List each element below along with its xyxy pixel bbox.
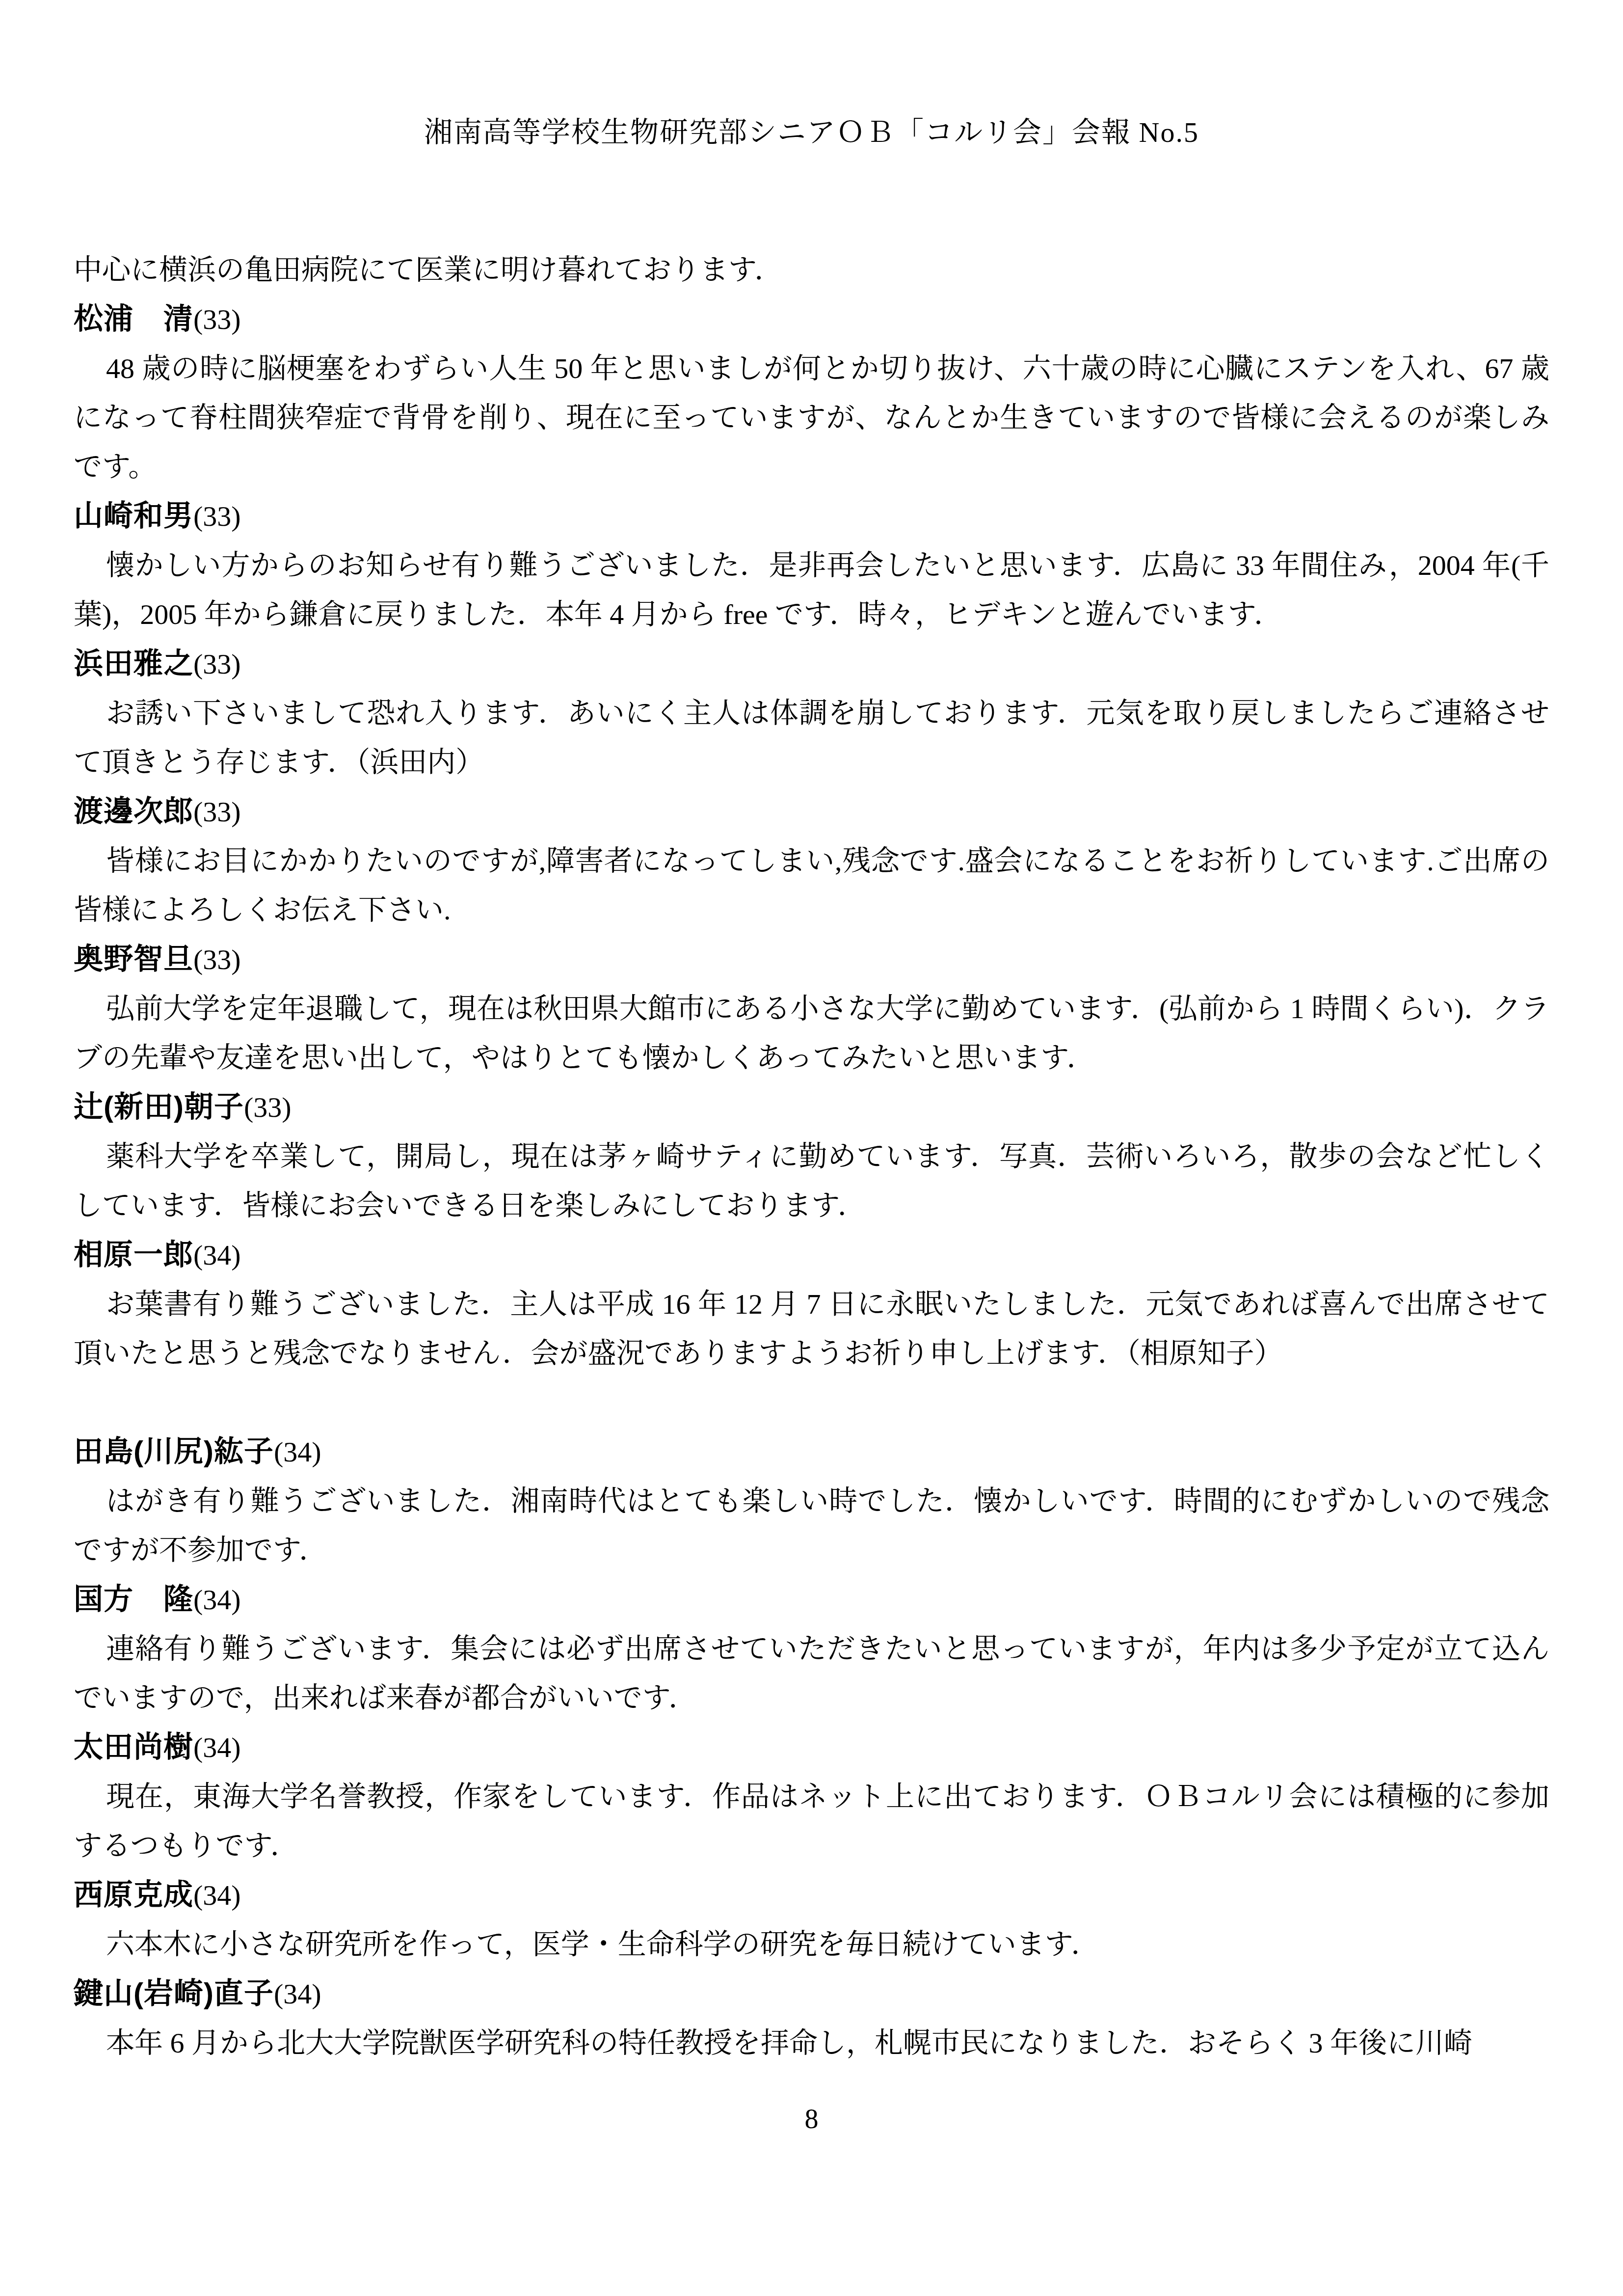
member-name: 国方 隆(34) bbox=[74, 1575, 1549, 1624]
member-name-text: 鍵山(岩崎)直子 bbox=[74, 1977, 274, 2010]
member-message: 薬科大学を卒業して，開局し，現在は茅ヶ崎サティに勤めています．写真．芸術いろいろ… bbox=[74, 1132, 1549, 1230]
member-message: 懐かしい方からのお知らせ有り難うございました．是非再会したいと思います．広島に … bbox=[74, 541, 1549, 639]
member-message: お誘い下さいまして恐れ入ります．あいにく主人は体調を崩しております．元気を取り戻… bbox=[74, 689, 1549, 787]
member-name: 松浦 清(33) bbox=[74, 295, 1549, 344]
member-entry: 松浦 清(33) 48 歳の時に脳梗塞をわずらい人生 50 年と思いましが何とか… bbox=[74, 295, 1549, 491]
member-age: (34) bbox=[193, 1239, 241, 1271]
member-message: お葉書有り難うございました．主人は平成 16 年 12 月 7 日に永眠いたしま… bbox=[74, 1280, 1549, 1378]
member-age: (33) bbox=[193, 944, 241, 975]
member-message: 48 歳の時に脳梗塞をわずらい人生 50 年と思いましが何とか切り抜け、六十歳の… bbox=[74, 344, 1549, 491]
member-name: 奥野智旦(33) bbox=[74, 935, 1549, 984]
member-name: 相原一郎(34) bbox=[74, 1230, 1549, 1280]
newsletter-page: 湘南高等学校生物研究部シニアＯＢ「コルリ会」会報 No.5 中心に横浜の亀田病院… bbox=[0, 0, 1623, 2296]
member-entries-list: 松浦 清(33) 48 歳の時に脳梗塞をわずらい人生 50 年と思いましが何とか… bbox=[74, 295, 1549, 2068]
member-name-text: 浜田雅之 bbox=[74, 647, 193, 680]
member-message: 連絡有り難うございます．集会には必ず出席させていただきたいと思っていますが，年内… bbox=[74, 1624, 1549, 1723]
member-name-text: 西原克成 bbox=[74, 1878, 193, 1911]
member-name: 田島(川尻)紘子(34) bbox=[74, 1427, 1549, 1477]
member-entry: 相原一郎(34) お葉書有り難うございました．主人は平成 16 年 12 月 7… bbox=[74, 1230, 1549, 1378]
member-message: はがき有り難うございました．湘南時代はとても楽しい時でした．懐かしいです．時間的… bbox=[74, 1477, 1549, 1575]
member-entry: 西原克成(34) 六本木に小さな研究所を作って，医学・生命科学の研究を毎日続けて… bbox=[74, 1870, 1549, 1969]
member-name: 渡邊次郎(33) bbox=[74, 787, 1549, 837]
member-age: (33) bbox=[193, 648, 241, 680]
member-age: (34) bbox=[274, 1436, 321, 1468]
member-name-text: 太田尚樹 bbox=[74, 1730, 193, 1763]
member-name-text: 山崎和男 bbox=[74, 499, 193, 532]
member-name-text: 相原一郎 bbox=[74, 1238, 193, 1271]
member-age: (33) bbox=[193, 500, 241, 532]
member-entry: 国方 隆(34) 連絡有り難うございます．集会には必ず出席させていただきたいと思… bbox=[74, 1575, 1549, 1723]
intro-continuation-line: 中心に横浜の亀田病院にて医業に明け暮れております． bbox=[74, 245, 1549, 295]
member-age: (33) bbox=[193, 303, 241, 335]
member-name-text: 奥野智旦 bbox=[74, 943, 193, 975]
member-message: 本年 6 月から北大大学院獣医学研究科の特任教授を拝命し，札幌市民になりました．… bbox=[74, 2019, 1549, 2068]
member-message: 六本木に小さな研究所を作って，医学・生命科学の研究を毎日続けています． bbox=[74, 1920, 1549, 1969]
member-age: (34) bbox=[193, 1731, 241, 1763]
member-name-text: 松浦 清 bbox=[74, 302, 193, 335]
member-entry: 奥野智旦(33) 弘前大学を定年退職して，現在は秋田県大館市にある小さな大学に勤… bbox=[74, 935, 1549, 1082]
member-entry: 辻(新田)朝子(33) 薬科大学を卒業して，開局し，現在は茅ヶ崎サティに勤めてい… bbox=[74, 1082, 1549, 1230]
member-age: (34) bbox=[274, 1978, 321, 2010]
member-name: 山崎和男(33) bbox=[74, 491, 1549, 541]
page-title: 湘南高等学校生物研究部シニアＯＢ「コルリ会」会報 No.5 bbox=[74, 110, 1549, 155]
member-entry: 渡邊次郎(33) 皆様にお目にかかりたいのですが,障害者になってしまい,残念です… bbox=[74, 787, 1549, 935]
member-message: 皆様にお目にかかりたいのですが,障害者になってしまい,残念です.盛会になることを… bbox=[74, 837, 1549, 935]
member-name: 西原克成(34) bbox=[74, 1870, 1549, 1920]
member-name: 辻(新田)朝子(33) bbox=[74, 1082, 1549, 1132]
member-name-text: 田島(川尻)紘子 bbox=[74, 1435, 274, 1468]
member-age: (33) bbox=[244, 1091, 292, 1123]
member-entry: 鍵山(岩崎)直子(34) 本年 6 月から北大大学院獣医学研究科の特任教授を拝命… bbox=[74, 1969, 1549, 2068]
member-message: 現在，東海大学名誉教授，作家をしています．作品はネット上に出ております．ＯＢコル… bbox=[74, 1772, 1549, 1870]
member-age: (33) bbox=[193, 796, 241, 828]
member-age: (34) bbox=[193, 1879, 241, 1911]
member-name: 浜田雅之(33) bbox=[74, 639, 1549, 689]
member-entry: 田島(川尻)紘子(34) はがき有り難うございました．湘南時代はとても楽しい時で… bbox=[74, 1427, 1549, 1575]
document-body: 中心に横浜の亀田病院にて医業に明け暮れております． 松浦 清(33) 48 歳の… bbox=[74, 245, 1549, 2068]
member-entry: 山崎和男(33) 懐かしい方からのお知らせ有り難うございました．是非再会したいと… bbox=[74, 491, 1549, 639]
member-name-text: 国方 隆 bbox=[74, 1583, 193, 1616]
page-number: 8 bbox=[0, 2105, 1623, 2134]
member-message: 弘前大学を定年退職して，現在は秋田県大館市にある小さな大学に勤めています．(弘前… bbox=[74, 984, 1549, 1082]
member-age: (34) bbox=[193, 1584, 241, 1616]
member-name-text: 渡邊次郎 bbox=[74, 795, 193, 828]
member-name: 鍵山(岩崎)直子(34) bbox=[74, 1969, 1549, 2019]
member-entry: 太田尚樹(34) 現在，東海大学名誉教授，作家をしています．作品はネット上に出て… bbox=[74, 1723, 1549, 1870]
member-entry: 浜田雅之(33) お誘い下さいまして恐れ入ります．あいにく主人は体調を崩しており… bbox=[74, 639, 1549, 787]
member-name: 太田尚樹(34) bbox=[74, 1723, 1549, 1772]
member-name-text: 辻(新田)朝子 bbox=[74, 1090, 244, 1123]
